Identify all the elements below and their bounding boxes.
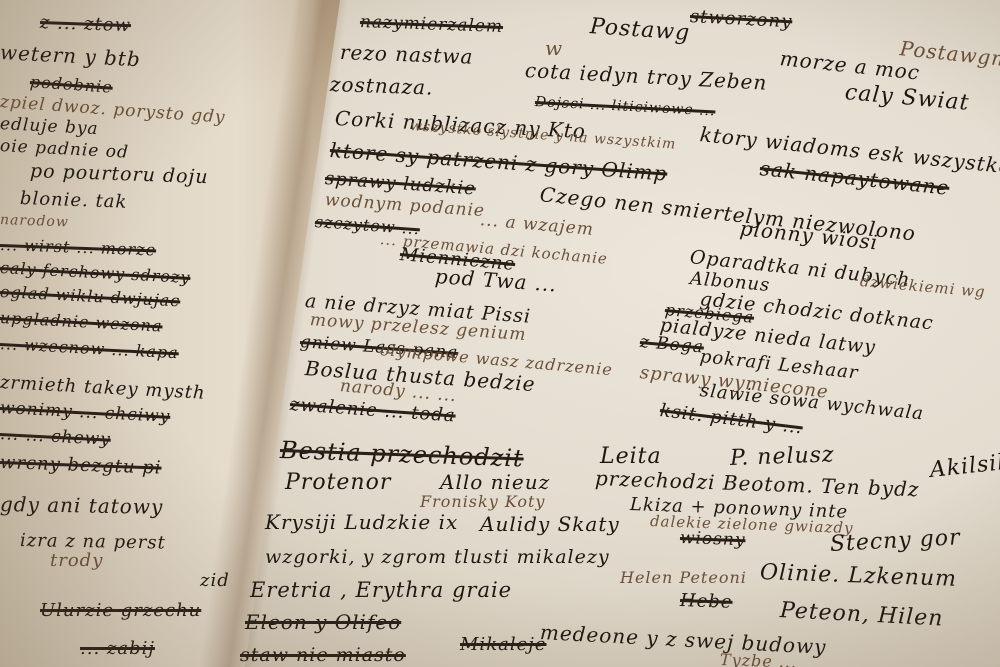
manuscript-photo: z ... ztowwetern y btbpodobniezpiel dwoz… [0,0,1000,667]
handwritten-line: cota iedyn troy Zeben [524,58,768,95]
handwritten-line: Dojsci ... liticiwowe ... [535,94,716,119]
handwritten-line: caly Swiat [844,80,971,116]
handwritten-line: Ulurzie grzechu [40,600,201,621]
handwritten-line: Stecny gor [829,525,961,557]
handwritten-line: rezo nastwa [340,40,474,69]
handwritten-line: Allo nieuz [440,470,550,494]
handwritten-line: Fronisky Koty [420,492,545,511]
handwritten-line: Protenor [285,470,391,495]
handwritten-line: Aulidy Skaty [480,512,620,536]
handwritten-line: ... zabij [80,638,155,659]
handwritten-line: ... a wzajem [479,210,595,240]
handwritten-line: Hebe [680,590,733,613]
handwritten-line: Bestia przechodzit [280,436,525,472]
handwritten-line: Mikaleje [460,634,546,655]
handwritten-line: Leita [600,444,662,469]
handwritten-line: zid [200,570,230,591]
handwritten-line: Eretria , Erythra graie [250,578,512,602]
handwritten-line: Helen Peteoni [620,568,747,587]
handwritten-line: Olinie. Lzkenum [760,560,958,592]
handwritten-line: blonie. tak [20,188,128,213]
handwritten-line: Tyzbe ... [720,650,798,667]
handwritten-line: trody [50,550,103,571]
handwritten-line: nazymierzalem [360,12,504,37]
handwritten-line: dzwiekiemi wg [859,272,986,301]
handwritten-line: stworzony [689,6,792,32]
handwritten-line: Peteon, Hilen [779,598,944,632]
handwritten-line: zostnaza. [330,72,434,100]
handwritten-line: wzgorki, y zgrom tlusti mikalezy [265,546,610,568]
handwritten-line: wiosny [680,528,746,550]
handwritten-line: z ... ztow [40,12,132,36]
handwritten-line: pod Twa ... [434,264,557,296]
handwritten-line: P. nelusz [730,442,835,471]
handwritten-line: Akilsil [929,450,1000,483]
handwritten-line: gdy ani tatowy [0,492,163,519]
handwritten-line: Eleon y Olifeo [245,610,401,634]
handwritten-line: Postawg [589,14,691,46]
handwritten-line: narodow [0,212,69,230]
handwritten-line: w [545,36,563,60]
handwritten-line: staw nie miasto [240,644,406,666]
handwritten-line: z Boga [639,332,705,358]
handwritten-line: Krysiji Ludzkie ix [265,510,458,534]
